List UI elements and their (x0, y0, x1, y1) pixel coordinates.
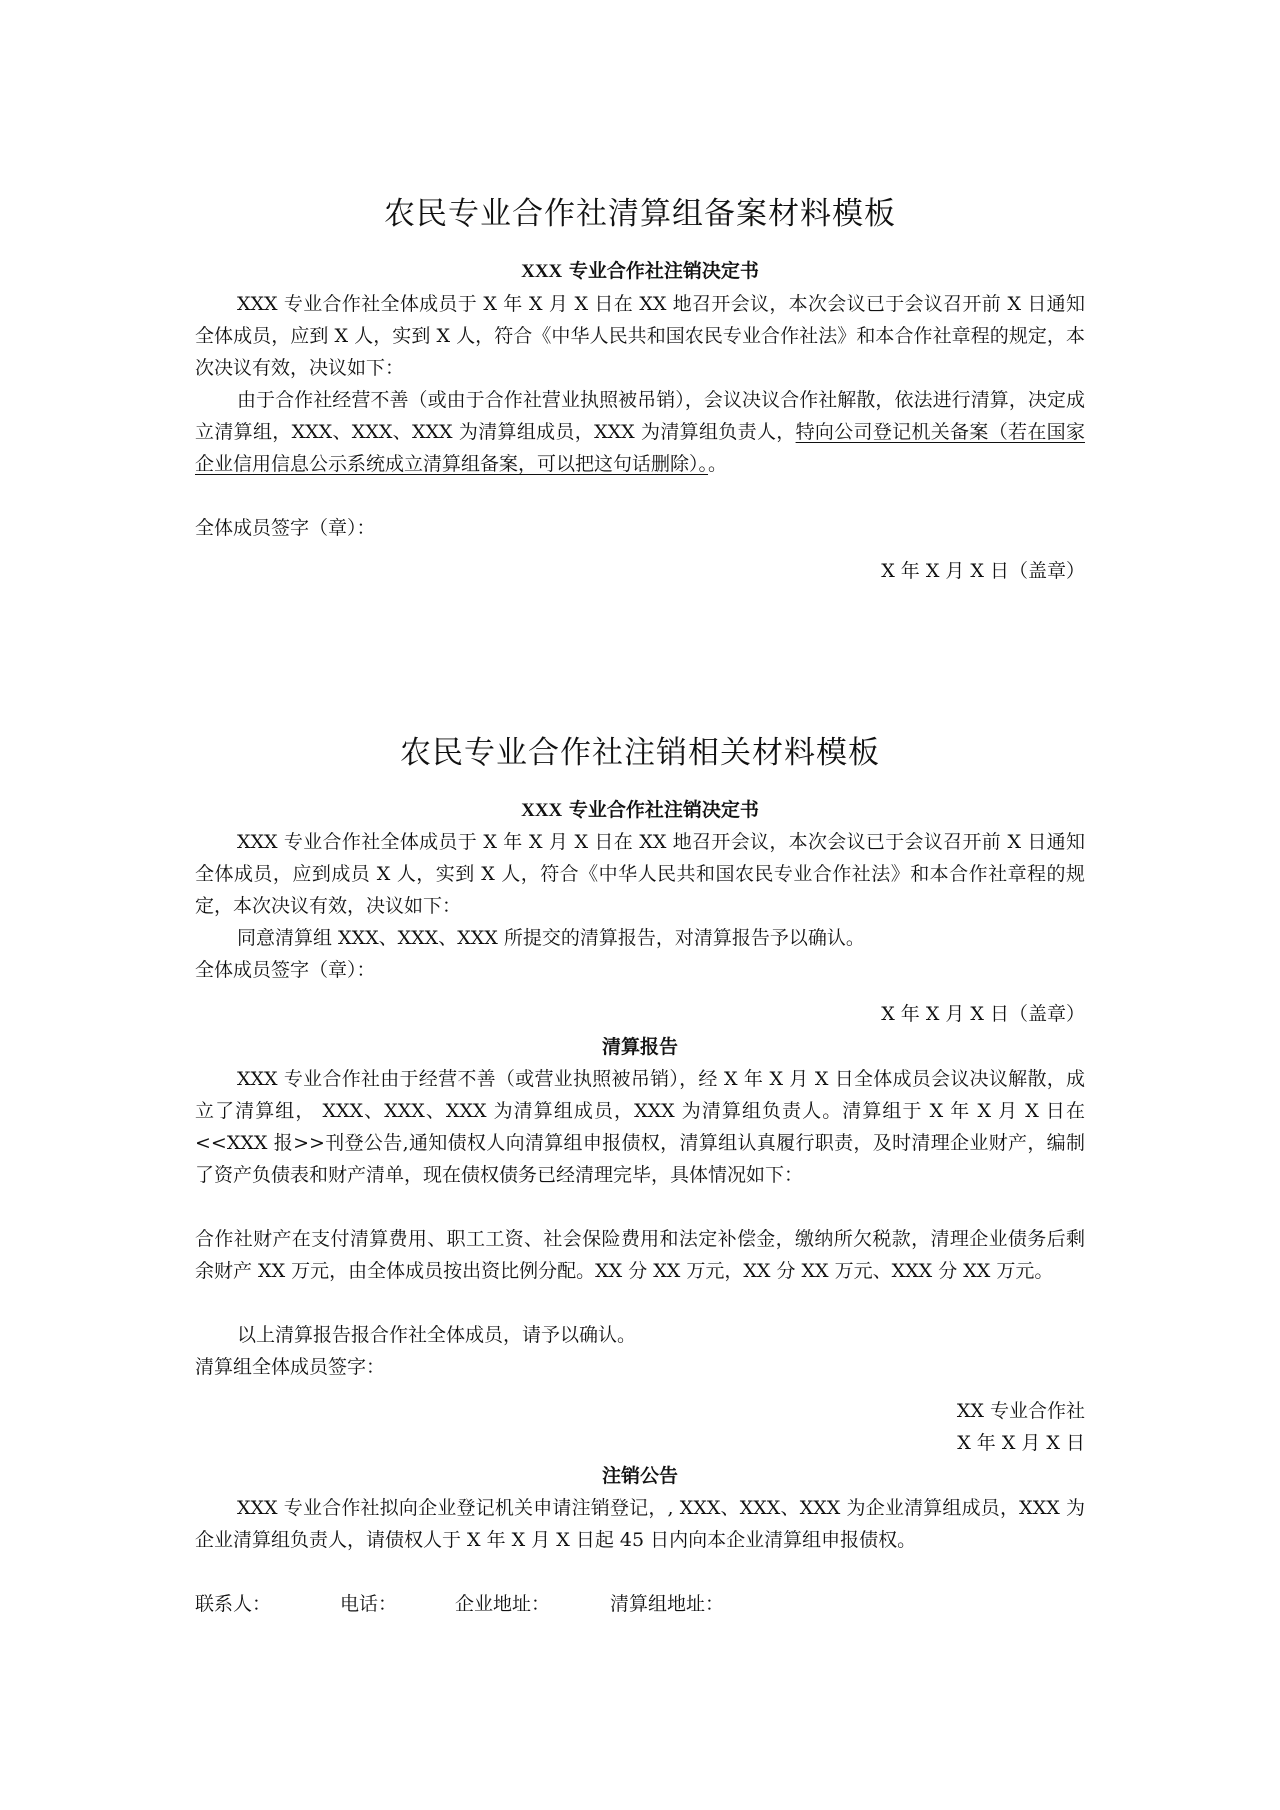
section2-decision-para2: 同意清算组 XXX、XXX、XXX 所提交的清算报告，对清算报告予以确认。 (195, 922, 1085, 954)
section1-subtitle: XXX 专业合作社注销决定书 (195, 256, 1085, 287)
section1-subtitle-rest: 专业合作社注销决定书 (562, 260, 759, 282)
report-para3: 以上清算报告报合作社全体成员，请予以确认。 (195, 1319, 1085, 1351)
section2-decision-signature: 全体成员签字（章）： (195, 954, 1085, 986)
company-address-label: 企业地址： (455, 1588, 550, 1620)
section2-title: 农民专业合作社注销相关材料模板 (195, 733, 1085, 773)
report-date: X 年 X 月 X 日 (957, 1427, 1085, 1459)
section1-date-seal: X 年 X 月 X 日（盖章） (881, 555, 1085, 587)
notice-title: 注销公告 (195, 1461, 1085, 1491)
notice-para1: XXX 专业合作社拟向企业登记机关申请注销登记，, XXX、XXX、XXX 为企… (195, 1492, 1085, 1556)
section1-title: 农民专业合作社清算组备案材料模板 (195, 194, 1085, 234)
report-org: XX 专业合作社 (957, 1395, 1085, 1427)
report-title: 清算报告 (195, 1032, 1085, 1062)
section2-decision-subtitle: XXX 专业合作社注销决定书 (195, 795, 1085, 826)
report-signature: 清算组全体成员签字： (195, 1351, 1085, 1383)
section1-para1: XXX 专业合作社全体成员于 X 年 X 月 X 日在 XX 地召开会议，本次会… (195, 288, 1085, 384)
section2-subtitle-bold: XXX (521, 800, 562, 821)
liquidation-team-address-label: 清算组地址： (610, 1588, 724, 1620)
section2-decision-para1: XXX 专业合作社全体成员于 X 年 X 月 X 日在 XX 地召开会议，本次会… (195, 826, 1085, 922)
section1-para2: 由于合作社经营不善（或由于合作社营业执照被吊销），会议决议合作社解散，依法进行清… (195, 384, 1085, 480)
section1-subtitle-bold: XXX (521, 261, 562, 282)
section2-decision-date-seal: X 年 X 月 X 日（盖章） (881, 998, 1085, 1030)
contact-person-label: 联系人： (195, 1588, 271, 1620)
phone-label: 电话： (340, 1588, 397, 1620)
notice-contact-row: 联系人： 电话： 企业地址： 清算组地址： (195, 1588, 1085, 1620)
report-para1: XXX 专业合作社由于经营不善（或营业执照被吊销），经 X 年 X 月 X 日全… (195, 1063, 1085, 1191)
section2-subtitle-rest: 专业合作社注销决定书 (562, 799, 759, 821)
report-para2: 合作社财产在支付清算费用、职工工资、社会保险费用和法定补偿金，缴纳所欠税款，清理… (195, 1223, 1085, 1287)
section1-signature: 全体成员签字（章）： (195, 512, 1085, 544)
section1-para2-end: 。 (708, 453, 727, 475)
